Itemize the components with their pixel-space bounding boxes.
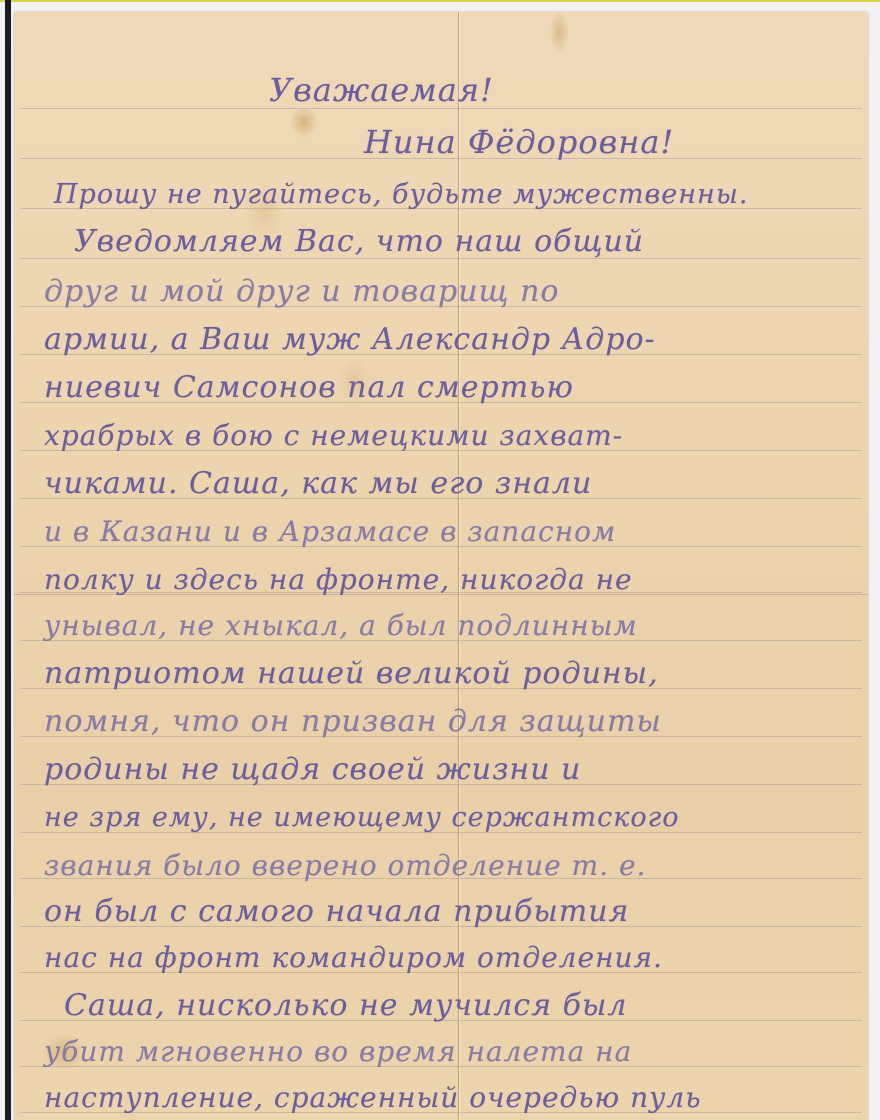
salutation-line: Уважаемая! (269, 70, 494, 110)
letter-line: он был с самого начала прибытия (44, 892, 629, 932)
recipient-name-line: Нина Фёдоровна! (364, 122, 674, 162)
letter-line: убит мгновенно во время налета на (44, 1032, 632, 1072)
letter-line: армии, а Ваш муж Александр Адро- (44, 320, 656, 360)
scan-frame: Уважаемая! Нина Фёдоровна! Прошу не пуга… (0, 0, 880, 1120)
letter-line: полку и здесь на фронте, никогда не (44, 560, 633, 600)
letter-line: не зря ему, не имеющему сержантского (44, 798, 679, 838)
letter-line: помня, что он призван для защиты (44, 702, 662, 742)
scan-left-border (5, 0, 11, 1120)
letter-line: и в Казани и в Арзамасе в запасном (44, 512, 616, 552)
letter-line: ниевич Самсонов пал смертью (44, 368, 574, 408)
letter-line: друг и мой друг и товарищ по (44, 272, 559, 312)
scan-top-edge (0, 0, 880, 2)
letter-line: родины не щадя своей жизни и (44, 750, 581, 790)
letter-page: Уважаемая! Нина Фёдоровна! Прошу не пуга… (14, 12, 868, 1120)
letter-line: Уведомляем Вас, что наш общий (74, 222, 644, 262)
letter-line: храбрых в бою с немецкими захват- (44, 416, 623, 456)
letter-line: унывал, не хныкал, а был подлинным (44, 606, 638, 646)
letter-line: звания было вверено отделение т. е. (44, 846, 646, 886)
letter-line: Саша, нисколько не мучился был (64, 986, 627, 1026)
letter-line: патриотом нашей великой родины, (44, 654, 659, 694)
letter-line: Прошу не пугайтесь, будьте мужественны. (54, 175, 748, 215)
letter-line: наступление, сраженный очередью пуль (44, 1078, 701, 1118)
letter-line: чиками. Саша, как мы его знали (44, 464, 592, 504)
letter-line: нас на фронт командиром отделения. (44, 938, 663, 978)
